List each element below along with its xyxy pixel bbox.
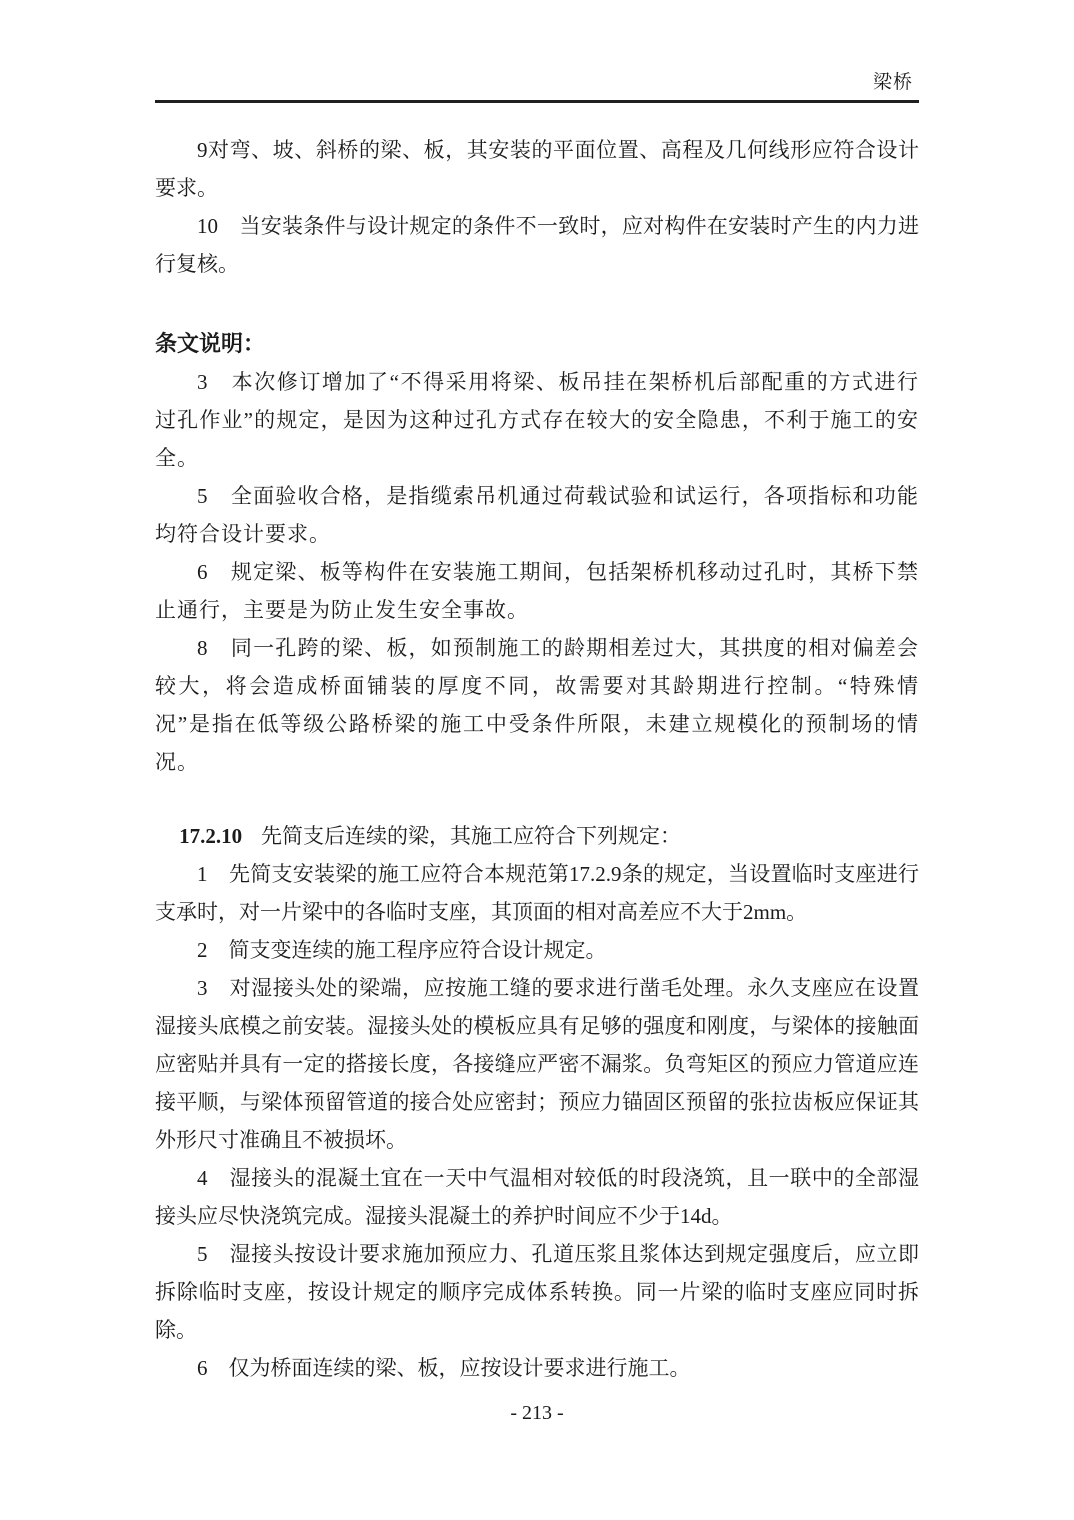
clause-paragraphs: 9对弯、坡、斜桥的梁、板，其安装的平面位置、高程及几何线形应符合设计要求。10 … [155, 131, 919, 283]
clauses-section: 9对弯、坡、斜桥的梁、板，其安装的平面位置、高程及几何线形应符合设计要求。10 … [155, 131, 919, 283]
page-footer: - 213 - [0, 1402, 1074, 1425]
clause-title: 先简支后连续的梁，其施工应符合下列规定： [261, 824, 681, 848]
clause-heading: 17.2.10先简支后连续的梁，其施工应符合下列规定： [155, 817, 919, 855]
clause-paragraph: 9对弯、坡、斜桥的梁、板，其安装的平面位置、高程及几何线形应符合设计要求。 [155, 131, 919, 207]
commentary-paragraph: 8 同一孔跨的梁、板，如预制施工的龄期相差过大，其拱度的相对偏差会较大，将会造成… [155, 629, 919, 781]
commentary-section: 条文说明： 3 本次修订增加了“不得采用将梁、板吊挂在架桥机后部配重的方式进行过… [155, 325, 919, 781]
commentary-paragraph: 3 本次修订增加了“不得采用将梁、板吊挂在架桥机后部配重的方式进行过孔作业”的规… [155, 363, 919, 477]
clause-item: 6 仅为桥面连续的梁、板，应按设计要求进行施工。 [155, 1349, 919, 1387]
page-number: - 213 - [510, 1402, 563, 1424]
running-title: 梁桥 [155, 0, 919, 94]
commentary-paragraphs: 3 本次修订增加了“不得采用将梁、板吊挂在架桥机后部配重的方式进行过孔作业”的规… [155, 363, 919, 781]
clause-17-2-10-section: 17.2.10先简支后连续的梁，其施工应符合下列规定： 1 先简支安装梁的施工应… [155, 817, 919, 1387]
commentary-heading: 条文说明： [155, 325, 919, 363]
page-header: 梁桥 [155, 0, 919, 103]
page-body: 9对弯、坡、斜桥的梁、板，其安装的平面位置、高程及几何线形应符合设计要求。10 … [155, 131, 919, 1387]
commentary-paragraph: 5 全面验收合格，是指缆索吊机通过荷载试验和试运行，各项指标和功能均符合设计要求… [155, 477, 919, 553]
clause-item: 3 对湿接头处的梁端，应按施工缝的要求进行凿毛处理。永久支座应在设置湿接头底模之… [155, 969, 919, 1159]
clause-item: 4 湿接头的混凝土宜在一天中气温相对较低的时段浇筑，且一联中的全部湿接头应尽快浇… [155, 1159, 919, 1235]
clause-item: 2 简支变连续的施工程序应符合设计规定。 [155, 931, 919, 969]
clause-item: 1 先简支安装梁的施工应符合本规范第17.2.9条的规定，当设置临时支座进行支承… [155, 855, 919, 931]
commentary-paragraph: 6 规定梁、板等构件在安装施工期间，包括架桥机移动过孔时，其桥下禁止通行，主要是… [155, 553, 919, 629]
document-page: 梁桥 9对弯、坡、斜桥的梁、板，其安装的平面位置、高程及几何线形应符合设计要求。… [0, 0, 1074, 1520]
header-rule [155, 100, 919, 103]
clause-items: 1 先简支安装梁的施工应符合本规范第17.2.9条的规定，当设置临时支座进行支承… [155, 855, 919, 1387]
clause-item: 5 湿接头按设计要求施加预应力、孔道压浆且浆体达到规定强度后，应立即拆除临时支座… [155, 1235, 919, 1349]
clause-number: 17.2.10 [179, 824, 242, 848]
clause-paragraph: 10 当安装条件与设计规定的条件不一致时，应对构件在安装时产生的内力进行复核。 [155, 207, 919, 283]
